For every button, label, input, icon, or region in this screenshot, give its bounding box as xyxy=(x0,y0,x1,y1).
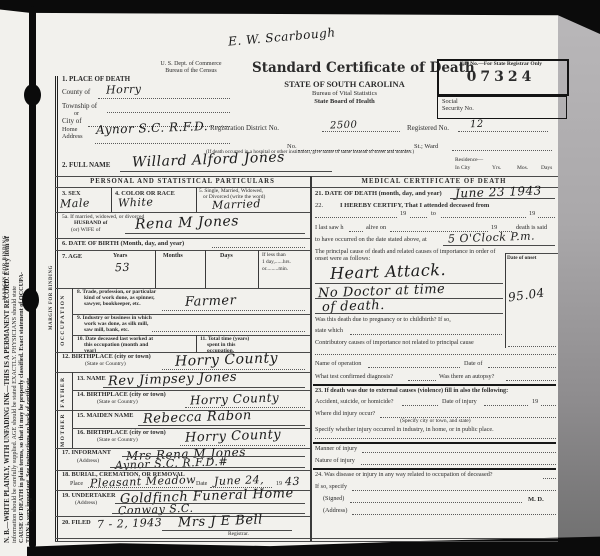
blank-line xyxy=(408,380,436,381)
blank-line xyxy=(484,405,528,406)
onset-box-line xyxy=(505,253,506,348)
blank-line xyxy=(450,198,555,199)
mother-side-label: MOTHER xyxy=(60,407,66,453)
filed-label: 20. FILED xyxy=(62,520,91,527)
operation-date-label: Date of xyxy=(464,361,482,368)
informant-label: 17. INFORMANT xyxy=(62,450,111,457)
autopsy-label: Was there an autopsy? xyxy=(439,374,494,381)
residence-label: Residence— xyxy=(455,158,483,164)
blank-line xyxy=(368,367,460,368)
certificate-title: Standard Certificate of Death xyxy=(252,61,437,76)
accident-label: Accident, suicide, or homicide? xyxy=(315,399,394,406)
mother-birthplace-label: 16. BIRTHPLACE (city or town) xyxy=(77,430,166,437)
signed-address-label: (Address) xyxy=(323,508,347,515)
burial-date-value: June 24, xyxy=(214,473,265,488)
rule xyxy=(313,442,556,444)
st-ward-label: St.; Ward xyxy=(414,143,438,150)
cell-divider xyxy=(72,372,73,410)
personal-section-header: PERSONAL AND STATISTICAL PARTICULARS xyxy=(55,178,310,185)
cell-divider xyxy=(258,250,259,288)
margin-for-binding-label: MARGIN FOR BINDING xyxy=(3,235,8,300)
cause-of-death-line-1: Heart Attack. xyxy=(330,260,447,283)
scanned-death-certificate: N. B.—WRITE PLAINLY, WITH UNFADING INK—T… xyxy=(0,0,600,556)
undertaker-address-label: (Address) xyxy=(75,500,97,506)
industry-label-3: saw mill, bank, etc. xyxy=(84,328,129,334)
signed-label: (Signed) xyxy=(323,496,344,503)
registrar-label: Registrar. xyxy=(228,532,249,538)
spouse-label-3: (or) WIFE of xyxy=(71,227,100,233)
blank-line xyxy=(362,452,556,453)
last-saw-text: I last saw h xyxy=(315,225,344,232)
mos-label: Mos. xyxy=(517,166,528,172)
registration-district-label: Registration District No. xyxy=(210,125,279,133)
cell-divider xyxy=(72,410,73,448)
blank-line xyxy=(315,217,397,218)
trade-label-3: sawyer, bookkeeper, etc. xyxy=(84,302,141,308)
injury-date-label: Date of injury xyxy=(442,399,477,406)
pregnancy-text: Was this death due to pregnancy or to ch… xyxy=(315,317,451,324)
if-so-specify-label: If so, specify xyxy=(315,484,347,491)
md-label: M. D. xyxy=(528,496,544,503)
full-name-label: 2. FULL NAME xyxy=(62,162,110,170)
blank-line xyxy=(212,247,305,248)
blank-line xyxy=(352,490,556,491)
age-years-value: 53 xyxy=(115,261,130,275)
margin-for-binding-label: MARGIN FOR BINDING xyxy=(49,265,54,330)
cell-divider xyxy=(111,188,112,212)
state-line: STATE OF SOUTH CAROLINA xyxy=(252,80,437,89)
rule xyxy=(55,238,310,239)
form-bottom-border xyxy=(55,541,558,542)
blank-line xyxy=(458,131,548,132)
file-number-label: File No.—For State Registrar Only xyxy=(439,62,563,68)
where-injury-sublabel: (Specify city or town, and state) xyxy=(400,419,471,425)
blank-line xyxy=(538,217,555,218)
blank-line xyxy=(350,502,522,503)
where-injury-label: Where did injury occur? xyxy=(315,411,375,418)
blank-line xyxy=(361,464,556,465)
mother-birthplace-value: Horry County xyxy=(185,427,282,445)
manner-of-injury-label: Manner of injury xyxy=(315,446,357,453)
father-birthplace-sublabel: (State or Country) xyxy=(97,399,138,405)
registration-district-value: 2500 xyxy=(330,120,358,132)
agency-line-1: U. S. Dept. of Commerce xyxy=(130,61,252,67)
blank-line xyxy=(506,380,556,381)
cell-divider xyxy=(196,335,197,352)
blank-line xyxy=(543,478,556,479)
column-divider xyxy=(310,176,312,541)
township-label: Township of xyxy=(62,103,97,111)
occupation-side-label: OCCUPATION xyxy=(60,289,66,351)
printed-19: 19 xyxy=(529,211,535,218)
test-label: What test confirmed diagnosis? xyxy=(315,374,393,381)
blank-line xyxy=(443,245,555,246)
home-address-value: Aynor S.C. R.F.D. xyxy=(96,119,209,137)
age-years-label: Years xyxy=(113,253,127,259)
mother-birthplace-sublabel: (State or Country) xyxy=(97,437,138,443)
birthplace-sublabel: (State or Country) xyxy=(85,361,126,367)
blank-line xyxy=(352,514,556,515)
external-causes-text: 23. If death was due to external causes … xyxy=(315,388,508,395)
rule xyxy=(313,384,556,386)
date-of-death-label: 21. DATE OF DEATH (month, day, and year) xyxy=(315,190,442,197)
blank-line xyxy=(488,367,556,368)
sex-value: Male xyxy=(60,196,90,210)
rule xyxy=(55,176,558,177)
alive-on-text: alive on xyxy=(366,225,386,232)
spouse-value: Rena M Jones xyxy=(135,213,239,233)
blank-line xyxy=(541,405,556,406)
form-left-border xyxy=(55,76,58,541)
cell-divider xyxy=(196,188,197,212)
blank-line xyxy=(125,233,305,234)
blank-line xyxy=(98,98,230,99)
father-birthplace-label: 14. BIRTHPLACE (city or town) xyxy=(77,392,166,399)
margin-line-4: TION is very important. See instructions… xyxy=(25,10,32,543)
race-value: White xyxy=(118,195,154,209)
margin-line-2: information should be carefully supplied… xyxy=(11,10,18,543)
full-name-value: Willard Alford Jones xyxy=(132,149,285,170)
registrar-annotation: E. W. Scarbough xyxy=(228,25,336,48)
onset-box-top xyxy=(505,253,558,254)
age-days-label: Days xyxy=(220,253,233,259)
blank-line xyxy=(88,487,193,488)
blank-line xyxy=(452,150,552,151)
blank-line xyxy=(110,467,305,468)
blank-line xyxy=(508,346,556,347)
occurred-text: to have occurred on the date stated abov… xyxy=(315,237,427,244)
margin-line-3: CAUSE OF DEATH in plain terms, so that i… xyxy=(18,10,25,543)
cell-divider xyxy=(72,288,73,352)
blank-line xyxy=(162,530,292,531)
blank-line xyxy=(95,143,230,144)
rule xyxy=(313,468,556,470)
in-city-label: In City xyxy=(455,166,470,172)
date-of-onset-label: Date of onset xyxy=(507,256,536,262)
q24-text: 24. Was disease or injury in any way rel… xyxy=(315,472,493,479)
state-which-text: state which xyxy=(315,328,343,335)
maiden-name-label: 15. MAIDEN NAME xyxy=(77,413,134,420)
contributory-text: Contributory causes of importance not re… xyxy=(315,340,474,347)
father-name-label: 13. NAME xyxy=(77,376,106,383)
age-label: 7. AGE xyxy=(62,253,82,260)
specify-injury-text: Specify whether injury occurred in indus… xyxy=(315,427,494,434)
cell-divider xyxy=(205,250,206,288)
county-value: Horry xyxy=(106,82,142,96)
certify-number: 22. xyxy=(315,202,323,209)
registered-no-label: Registered No. xyxy=(407,125,449,133)
binding-margin-note: N. B.—WRITE PLAINLY, WITH UNFADING INK—T… xyxy=(4,10,32,543)
age-less-label-3: or.........min. xyxy=(262,267,288,273)
filed-value: 7 - 2, 1943 xyxy=(97,516,163,531)
to-word: to xyxy=(431,211,436,218)
printed-19: 19 xyxy=(400,211,406,218)
age-less-label-2: 1 day,......hrs. xyxy=(262,260,291,266)
blank-line xyxy=(107,112,230,113)
file-number-value: 07324 xyxy=(439,70,563,85)
blank-line xyxy=(350,334,502,335)
blank-line xyxy=(152,331,305,332)
age-less-label-1: If less than xyxy=(262,253,286,259)
yrs-label: Yrs. xyxy=(492,166,501,172)
printed-19: 19 xyxy=(532,399,538,406)
nature-of-injury-label: Nature of injury xyxy=(315,458,355,465)
burial-date-label: Date xyxy=(196,481,207,487)
spouse-label-2: HUSBAND of xyxy=(74,220,107,226)
agency-line-2: Bureau of the Census xyxy=(130,68,252,74)
marital-value: Married xyxy=(212,197,261,212)
county-label: County of xyxy=(62,89,90,97)
informant-address-label: (Address) xyxy=(77,458,99,464)
city-label: City of xyxy=(62,118,82,126)
rule xyxy=(55,212,310,213)
bureau-line: Bureau of Vital Statistics xyxy=(252,90,437,97)
cell-divider xyxy=(155,250,156,288)
age-months-label: Months xyxy=(163,253,183,259)
birthplace-label: 12. BIRTHPLACE (city or town) xyxy=(62,354,151,361)
blank-line xyxy=(315,354,556,355)
blank-line xyxy=(120,171,332,172)
registrar-signature: Mrs J E Bell xyxy=(178,513,263,531)
form-bottom-border xyxy=(55,538,558,539)
blank-line xyxy=(441,217,526,218)
blank-line xyxy=(138,425,305,426)
days-label: Days xyxy=(541,166,552,172)
undertaker-label: 19. UNDERTAKER xyxy=(62,493,116,500)
board-line: State Board of Health xyxy=(252,98,437,105)
blank-line xyxy=(402,405,438,406)
burial-place-label: Place xyxy=(70,481,83,487)
registered-no-value: 12 xyxy=(470,119,484,130)
address-label: Address xyxy=(62,134,83,141)
blank-line xyxy=(322,131,400,132)
birthplace-value: Horry County xyxy=(175,350,279,370)
time-of-death-value: 5 O'Clock P.m. xyxy=(448,229,535,245)
father-birthplace-value: Horry County xyxy=(190,390,280,407)
blank-line xyxy=(162,310,305,311)
cause-code-value: 95.04 xyxy=(507,286,545,305)
dob-label: 6. DATE OF BIRTH (Month, day, and year) xyxy=(62,240,184,247)
blank-line xyxy=(103,387,305,388)
rule xyxy=(55,250,310,251)
operation-label: Name of operation xyxy=(315,361,361,368)
principal-cause-text-2: onset were as follows: xyxy=(315,256,370,263)
blank-line xyxy=(315,313,503,314)
trade-value: Farmer xyxy=(185,293,237,310)
ssn-label-2: Security No. xyxy=(442,106,474,113)
certify-text: I HEREBY CERTIFY, That I attended deceas… xyxy=(340,202,489,209)
blank-line xyxy=(315,438,556,439)
blank-line xyxy=(349,231,363,232)
blank-line xyxy=(410,217,427,218)
